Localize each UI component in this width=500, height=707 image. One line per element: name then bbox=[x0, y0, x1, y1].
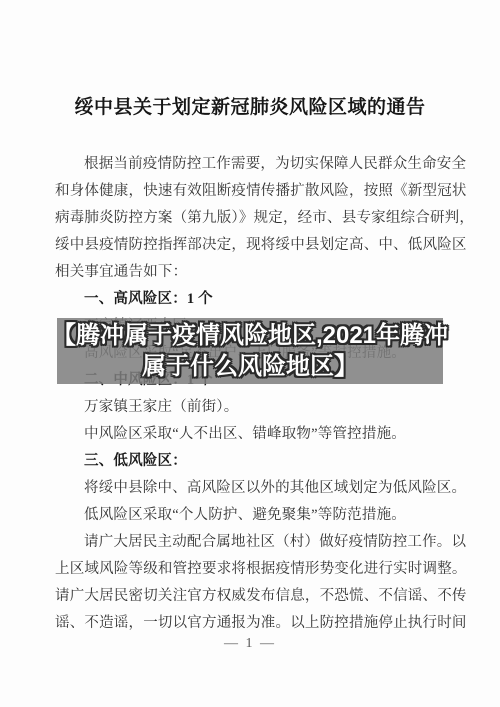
doc-line: 上区域风险等级和管控要求将根据疫情形势变化进行实时调整。 bbox=[55, 556, 449, 583]
doc-line: 低风险区采取“个人防护、避免聚集”等防范措施。 bbox=[55, 502, 449, 529]
doc-line: 请广大居民密切关注官方权威发布信息，不恐慌、不信谣、不传 bbox=[55, 583, 449, 610]
page-number: — 1 — bbox=[0, 636, 500, 652]
scanned-notice-image: 绥中县关于划定新冠肺炎风险区域的通告 根据当前疫情防控工作需要，为切实保障人民群… bbox=[0, 0, 500, 707]
doc-line: 和身体健康，快速有效阻断疫情传播扩散风险，按照《新型冠状 bbox=[55, 178, 449, 205]
section-heading: 一、高风险区：1 个 bbox=[55, 286, 449, 313]
doc-line: 根据当前疫情防控工作需要，为切实保障人民群众生命安全 bbox=[55, 151, 449, 178]
doc-line: 中风险区采取“人不出区、错峰取物”等管控措施。 bbox=[55, 421, 449, 448]
document-title: 绥中县关于划定新冠肺炎风险区域的通告 bbox=[0, 92, 500, 119]
doc-line: 万家镇王家庄（前街）。 bbox=[55, 394, 449, 421]
section-heading: 三、低风险区： bbox=[55, 448, 449, 475]
doc-line: 将绥中县除中、高风险区以外的其他区域划定为低风险区。 bbox=[55, 475, 449, 502]
caption-overlay-line-1: 【腾冲属于疫情风险地区,2021年腾冲 bbox=[52, 320, 448, 351]
document-body: 根据当前疫情防控工作需要，为切实保障人民群众生命安全和身体健康，快速有效阻断疫情… bbox=[55, 151, 449, 637]
caption-overlay-line-2: 属于什么风险地区】 bbox=[142, 351, 358, 382]
caption-overlay: 【腾冲属于疫情风险地区,2021年腾冲 属于什么风险地区】 bbox=[57, 318, 443, 384]
doc-line: 请广大居民主动配合属地社区（村）做好疫情防控工作。以 bbox=[55, 529, 449, 556]
doc-line: 相关事宜通告如下： bbox=[55, 259, 449, 286]
doc-line: 病毒肺炎防控方案（第九版）》规定，经市、县专家组综合研判， bbox=[55, 205, 449, 232]
doc-line: 绥中县疫情防控指挥部决定，现将绥中县划定高、中、低风险区 bbox=[55, 232, 449, 259]
doc-line: 谣、不造谣，一切以官方通报为准。以上防控措施停止执行时间 bbox=[55, 610, 449, 637]
